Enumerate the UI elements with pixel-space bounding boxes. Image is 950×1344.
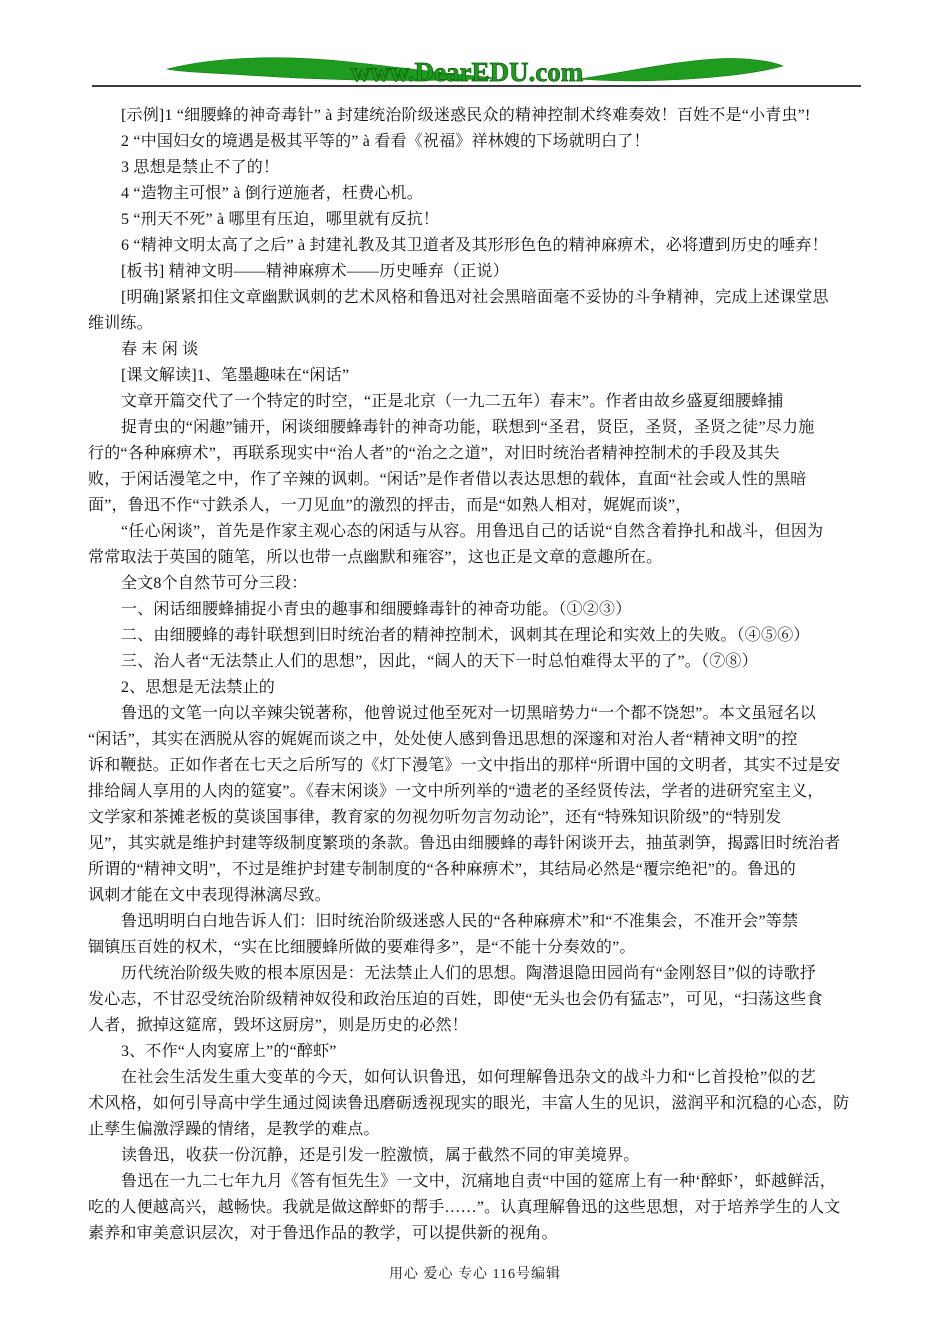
text-line: 5 “刑天不死” à 哪里有压迫，哪里就有反抗！ [88, 207, 862, 233]
text-line: 4 “造物主可恨” à 倒行逆施者，枉费心机。 [88, 181, 862, 207]
text-line: 维训练。 [88, 311, 862, 337]
footer-note: 用心 爱心 专心 116号编辑 [0, 1263, 950, 1283]
text-line: 文章开篇交代了一个特定的时空，“正是北京（一九二五年）春末”。作者由故乡盛夏细腰… [88, 389, 862, 415]
text-line: 锢镇压百姓的权术，“实在比细腰蜂所做的要难得多”，是“不能十分奏效的”。 [88, 935, 862, 961]
text-line: [示例]1 “细腰蜂的神奇毒针” à 封建统治阶级迷惑民众的精神控制术终难奏效！… [88, 103, 862, 129]
text-line: 全文8个自然节可分三段： [88, 571, 862, 597]
logo-text: www.DearEDU.com [351, 57, 584, 87]
text-line: 鲁迅明明白白地告诉人们：旧时统治阶级迷惑人民的“各种麻痹术”和“不准集会，不准开… [88, 909, 862, 935]
text-line: 历代统治阶级失败的根本原因是：无法禁止人们的思想。陶潜退隐田园尚有“金刚怒目”似… [88, 961, 862, 987]
text-line: 捉青虫的“闲趣”铺开，闲谈细腰蜂毒针的神奇功能，联想到“圣君，贤臣，圣贤，圣贤之… [88, 415, 862, 441]
text-line: 鲁迅在一九二七年九月《答有恒先生》一文中，沉痛地自责“中国的筵席上有一种‘醉虾’… [88, 1169, 862, 1195]
text-line: 诉和鞭挞。正如作者在七天之后所写的《灯下漫笔》一文中指出的那样“所谓中国的文明者… [88, 753, 862, 779]
text-line: 3 思想是禁止不了的！ [88, 155, 862, 181]
text-line: [板书] 精神文明——精神麻痹术——历史唾弃（正说） [88, 259, 862, 285]
text-line: 面”，鲁迅不作“寸鉄杀人，一刀见血”的激烈的抨击，而是“如熟人相对，娓娓而谈”， [88, 493, 862, 519]
page-header: www.DearEDU.com [0, 0, 950, 88]
document-body: [示例]1 “细腰蜂的神奇毒针” à 封建统治阶级迷惑民众的精神控制术终难奏效！… [0, 88, 950, 1247]
text-line: 6 “精神文明太高了之后” à 封建礼教及其卫道者及其形形色色的精神麻痹术，必将… [88, 233, 862, 259]
text-line: 术风格，如何引导高中学生通过阅读鲁迅磨砺透视现实的眼光，丰富人生的见识，滋润平和… [88, 1091, 862, 1117]
text-line: 鲁迅的文笔一向以辛辣尖锐著称，他曾说过他至死对一切黑暗势力“一个都不饶恕”。本文… [88, 701, 862, 727]
text-line: 素养和审美意识层次，对于鲁迅作品的教学，可以提供新的视角。 [88, 1221, 862, 1247]
text-line: 文学家和茶摊老板的莫谈国事律，教育家的勿视勿听勿言勿动论”，还有“特殊知识阶级”… [88, 805, 862, 831]
dearedu-logo: www.DearEDU.com [165, 52, 785, 88]
text-line: 行的“各种麻痹术”，再联系现实中“治人者”的“治之之道”，对旧时统治者精神控制术… [88, 441, 862, 467]
text-line: 排给阔人享用的人肉的筵宴”。《春末闲谈》一文中所列举的“遗老的圣经贤传法，学者的… [88, 779, 862, 805]
text-line: 发心志，不甘忍受统治阶级精神奴役和政治压迫的百姓，即使“无头也会仍有猛志”，可见… [88, 987, 862, 1013]
text-line: 春 末 闲 谈 [88, 337, 862, 363]
text-line: [明确]紧紧扣住文章幽默讽刺的艺术风格和鲁迅对社会黑暗面毫不妥协的斗争精神，完成… [88, 285, 862, 311]
text-line: 人者，掀掉这筵席，毁坏这厨房”，则是历史的必然！ [88, 1013, 862, 1039]
header-divider [92, 85, 861, 87]
text-line: 读鲁迅，收获一份沉静，还是引发一腔激愤，属于截然不同的审美境界。 [88, 1143, 862, 1169]
document-page: www.DearEDU.com [示例]1 “细腰蜂的神奇毒针” à 封建统治阶… [0, 0, 950, 1344]
text-line: 2 “中国妇女的境遇是极其平等的” à 看看《祝福》祥林嫂的下场就明白了！ [88, 129, 862, 155]
text-line: 见”，其实就是维护封建等级制度繁琐的条款。鲁迅由细腰蜂的毒针闲谈开去，抽茧剥笋，… [88, 831, 862, 857]
text-line: 在社会生活发生重大变革的今天，如何认识鲁迅，如何理解鲁迅杂文的战斗力和“匕首投枪… [88, 1065, 862, 1091]
text-line: 吃的人便越高兴，越畅快。我就是做这醉虾的帮手……”。认真理解鲁迅的这些思想，对于… [88, 1195, 862, 1221]
text-line: 常常取法于英国的随笔，所以也带一点幽默和雍容”，这也正是文章的意趣所在。 [88, 545, 862, 571]
text-line: 所谓的“精神文明”，不过是维护封建专制制度的“各种麻痹术”，其结局必然是“覆宗绝… [88, 857, 862, 883]
text-line: “闲话”，其实在洒脱从容的娓娓而谈之中，处处使人感到鲁迅思想的深邃和对治人者“精… [88, 727, 862, 753]
text-line: 止孳生偏激浮躁的情绪，是教学的难点。 [88, 1117, 862, 1143]
text-line: 一、闲话细腰蜂捕捉小青虫的趣事和细腰蜂毒针的神奇功能。（①②③） [88, 597, 862, 623]
text-line: [课文解读]1、笔墨趣味在“闲话” [88, 363, 862, 389]
text-line: 二、由细腰蜂的毒针联想到旧时统治者的精神控制术，讽刺其在理论和实效上的失败。（④… [88, 623, 862, 649]
logo-right-swoosh-icon [578, 58, 783, 81]
text-line: “任心闲谈”，首先是作家主观心态的闲适与从容。用鲁迅自己的话说“自然含着挣扎和战… [88, 519, 862, 545]
text-line: 讽刺才能在文中表现得淋漓尽致。 [88, 883, 862, 909]
text-line: 败，于闲话漫笔之中，作了辛辣的讽刺。“闲话”是作者借以表达思想的载体，直面“社会… [88, 467, 862, 493]
text-line: 三、治人者“无法禁止人们的思想”，因此，“阔人的天下一时总怕难得太平的了”。（⑦… [88, 649, 862, 675]
text-line: 2、思想是无法禁止的 [88, 675, 862, 701]
text-line: 3、不作“人肉宴席上”的“醉虾” [88, 1039, 862, 1065]
